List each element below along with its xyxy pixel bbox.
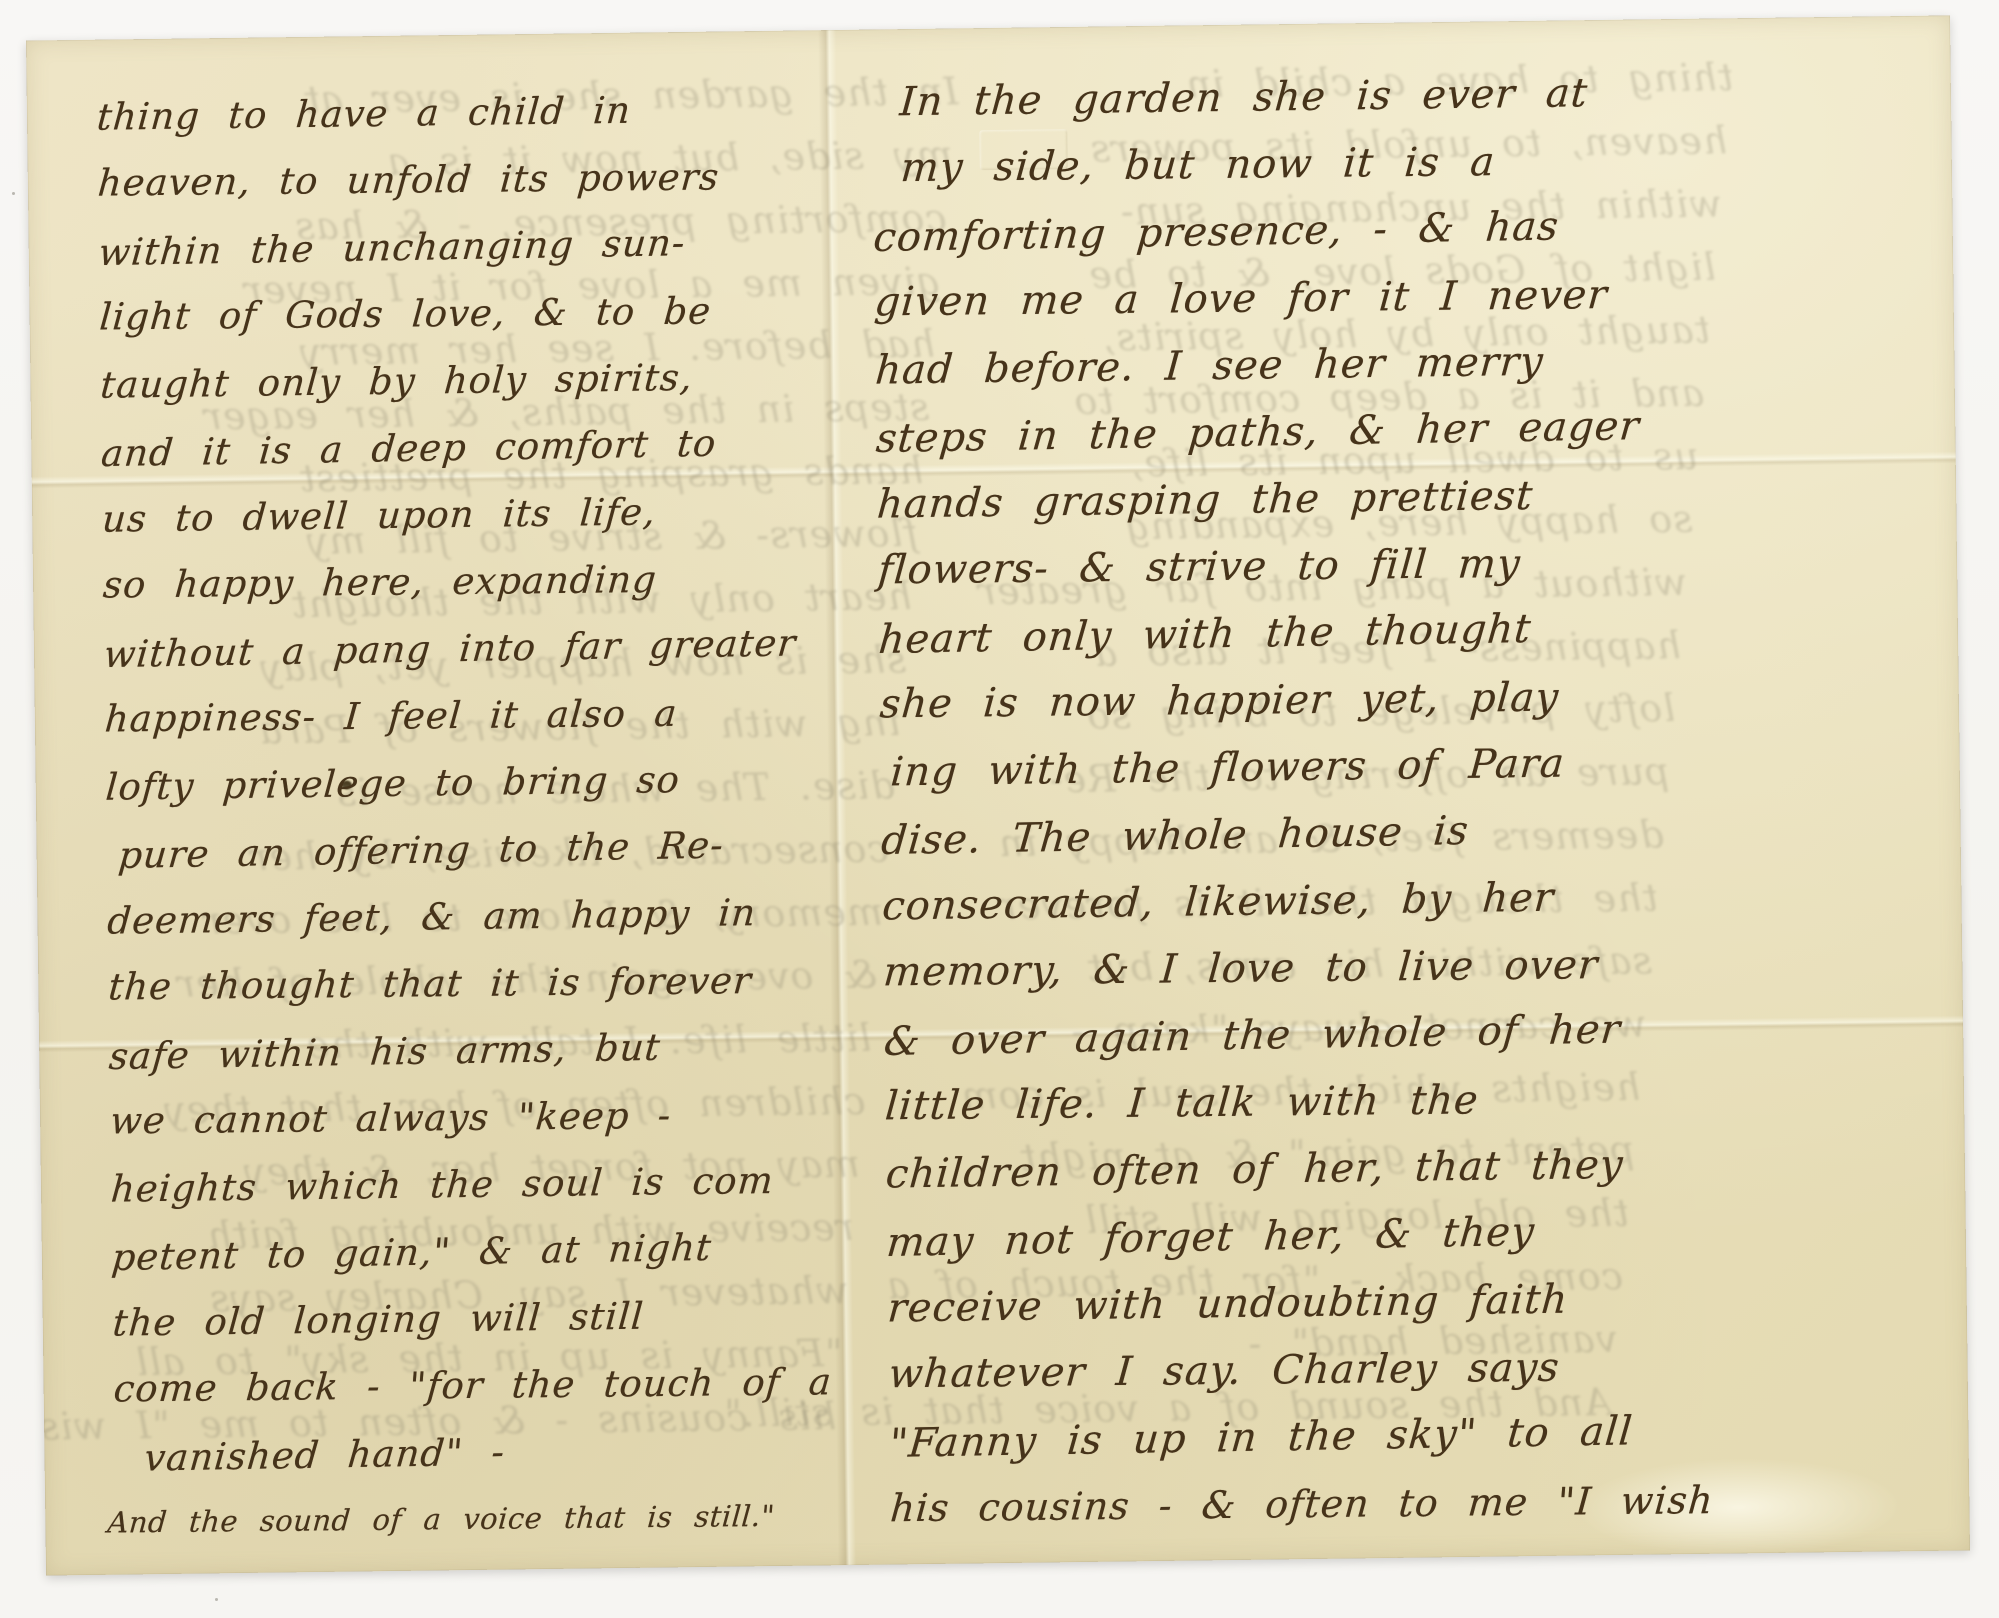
dust-speck [215, 1598, 218, 1601]
handwriting-line: dise. The whole house is [878, 795, 1644, 875]
handwriting-line: within the unchanging sun- [96, 206, 847, 286]
scan-background: In the garden she is ever atmy side, but… [0, 0, 1999, 1618]
handwriting-line: his cousins - & often to me "I wish [888, 1468, 1653, 1543]
dust-speck [12, 192, 15, 195]
handwriting-line: without a pang into far greater [101, 608, 852, 688]
handwriting-line: little life. I talk with the [883, 1066, 1648, 1141]
handwriting-line: & over again the whole of her [881, 996, 1647, 1076]
handwriting-line: heart only with the thought [876, 594, 1642, 674]
handwriting-line: the old longing will still [110, 1280, 860, 1357]
handwriting-line: the thought that it is forever [106, 946, 856, 1020]
page-left-text: thing to have a child inheaven, to unfol… [97, 74, 861, 1558]
handwriting-line: may not forget her, & they [884, 1197, 1650, 1277]
handwriting-line: us to dwell upon its life, [100, 476, 850, 553]
handwriting-line: my side, but now it is a [898, 128, 1635, 202]
handwriting-line: given me a love for it I never [872, 262, 1637, 337]
letter-paper: In the garden she is ever atmy side, but… [26, 15, 1970, 1575]
handwriting-line: flowers- & strive to fill my [876, 530, 1641, 605]
handwriting-line: lofty privelege to bring so [103, 744, 853, 821]
handwriting-line: she is now happier yet, play [877, 664, 1642, 739]
letter-page-left: In the garden she is ever atmy side, but… [97, 74, 862, 1576]
handwriting-line: And the sound of a voice that is still." [105, 1482, 863, 1557]
handwriting-line: comforting presence, - & has [871, 192, 1637, 272]
handwriting-line: light of Gods love, & to be [97, 276, 847, 350]
handwriting-line: we cannot always "keep - [108, 1080, 858, 1154]
handwriting-line: and it is a deep comfort to [98, 407, 849, 487]
handwriting-line: so happy here, expanding [101, 544, 851, 618]
handwriting-line: thing to have a child in [95, 74, 845, 151]
handwriting-line: pure an offering to the Re- [116, 809, 855, 888]
letter-page-right: thing to have a child inheaven, to unfol… [871, 60, 1651, 1576]
handwriting-line: heights which the soul is com [109, 1146, 859, 1223]
handwriting-line: "Fanny is up in the sky" to all [886, 1398, 1652, 1478]
handwriting-line: ing with the flowers of Para [888, 730, 1643, 807]
handwriting-line: happiness- I feel it also a [102, 678, 852, 752]
handwriting-line: children often of her, that they [883, 1132, 1648, 1209]
handwriting-line: whatever I say. Charley says [886, 1334, 1651, 1409]
handwriting-line: taught only by holy spirits, [98, 342, 848, 419]
handwriting-line: In the garden she is ever at [897, 60, 1634, 137]
handwriting-line: heaven, to unfold its powers [95, 142, 845, 216]
handwriting-line: hands grasping the prettiest [875, 462, 1640, 539]
handwriting-line: petent to gain," & at night [109, 1211, 860, 1291]
handwriting-line: safe within his arms, but [106, 1010, 857, 1090]
handwriting-line: deemers feet, & am happy in [105, 878, 855, 955]
handwriting-line: receive with undoubting faith [885, 1266, 1650, 1343]
handwriting-line: consecrated, likewise, by her [880, 864, 1645, 941]
handwriting-line: steps in the paths, & her eager [873, 393, 1639, 473]
handwriting-line: had before. I see her merry [873, 328, 1638, 405]
handwriting-line: memory, & I love to live over [881, 932, 1646, 1007]
page-right-text: In the garden she is ever atmy side, but… [871, 60, 1650, 1544]
